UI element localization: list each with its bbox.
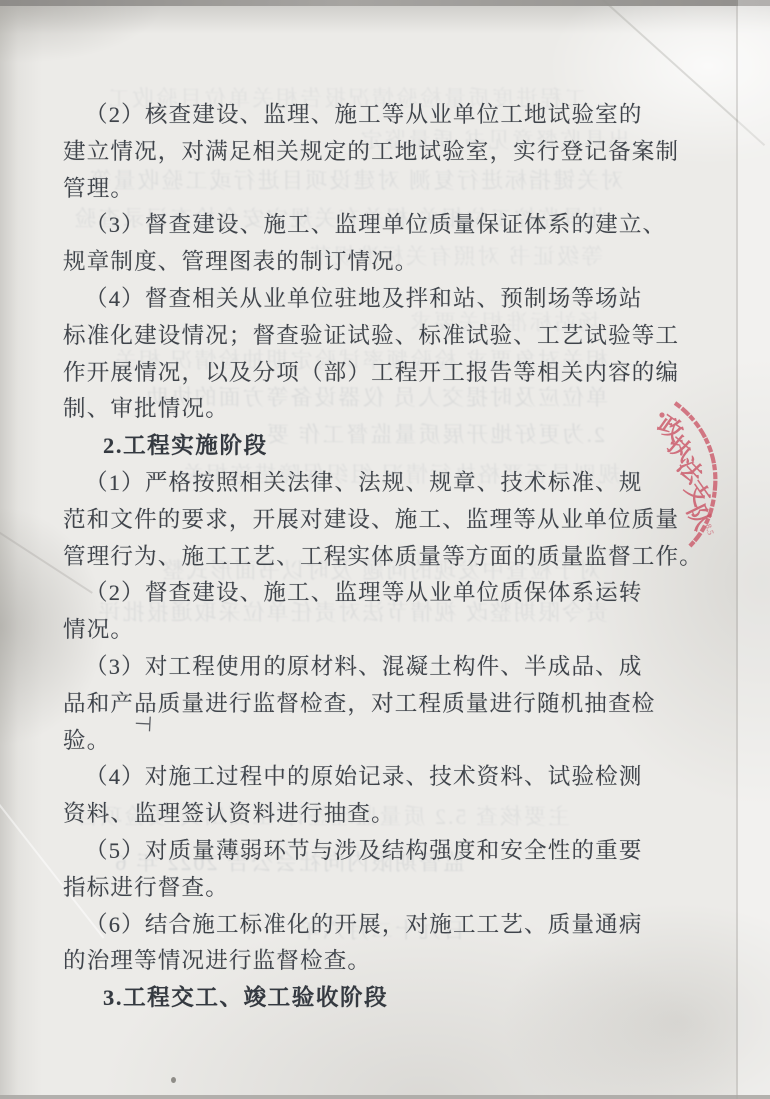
text-line: 管理行为、施工工艺、工程实体质量等方面的质量监督工作。: [63, 539, 718, 576]
scan-edge-top: [0, 0, 770, 6]
text-line: （3）对工程使用的原材料、混凝土构件、半成品、成: [63, 649, 718, 686]
text-line: 3.工程交工、竣工验收阶段: [63, 980, 718, 1017]
text-line: 作开展情况，以及分项（部）工程开工报告等相关内容的编: [63, 355, 718, 392]
ink-speck: [171, 1077, 176, 1083]
text-line: 验。: [63, 723, 718, 760]
text-line: 规章制度、管理图表的制订情况。: [63, 244, 718, 281]
text-line: 资料、监理签认资料进行抽查。: [63, 796, 718, 833]
scanned-document-page: 工程进度质量检验情况报告相关单位目验收工 出具监督意见书 质量鉴定 对关键指标进…: [0, 0, 770, 1099]
text-line: （2）督查建设、施工、监理等从业单位质保体系运转: [63, 575, 718, 612]
text-line: 品和产品质量进行监督检查，对工程质量进行随机抽查检: [63, 686, 718, 723]
text-line: 建立情况，对满足相关规定的工地试验室，实行登记备案制: [63, 134, 718, 171]
document-text: （2）核查建设、监理、施工等从业单位工地试验室的 建立情况，对满足相关规定的工地…: [63, 97, 718, 1017]
text-line: 情况。: [63, 612, 718, 649]
text-line: （6）结合施工标准化的开展，对施工工艺、质量通病: [63, 907, 718, 944]
official-seal-stamp: 政 执 法 支 队 8.5: [625, 385, 770, 570]
text-line: （5）对质量薄弱环节与涉及结构强度和安全性的重要: [63, 833, 718, 870]
text-line: 管理。: [63, 171, 718, 208]
text-line: （3）督查建设、施工、监理单位质量保证体系的建立、: [63, 207, 718, 244]
stamp-small-mark: 8.5: [703, 523, 716, 537]
text-line: （1）严格按照相关法律、法规、规章、技术标准、规: [63, 465, 718, 502]
scan-edge-bottom: [0, 1095, 770, 1099]
text-line: （2）核查建设、监理、施工等从业单位工地试验室的: [63, 97, 718, 134]
text-line: 范和文件的要求，开展对建设、施工、监理等从业单位质量: [63, 502, 718, 539]
text-line: 指标进行督查。: [63, 870, 718, 907]
text-line: 2.工程实施阶段: [63, 428, 718, 465]
pen-mark: ⊣: [133, 712, 153, 737]
text-line: （4）督查相关从业单位驻地及拌和站、预制场等场站: [63, 281, 718, 318]
text-line: 制、审批情况。: [63, 391, 718, 428]
text-line: 的治理等情况进行监督检查。: [63, 943, 718, 980]
text-line: （4）对施工过程中的原始记录、技术资料、试验检测: [63, 759, 718, 796]
text-line: 标准化建设情况；督查验证试验、标准试验、工艺试验等工: [63, 318, 718, 355]
